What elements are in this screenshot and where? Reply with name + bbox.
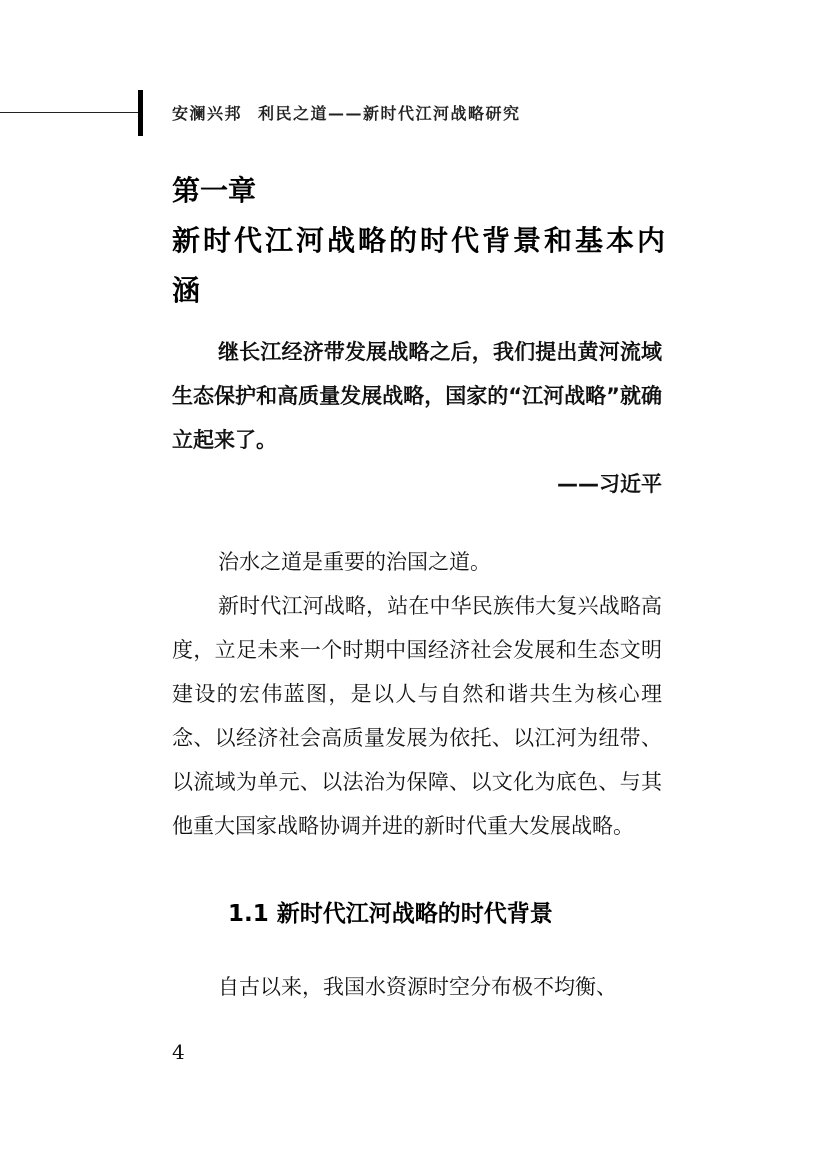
body-text: 治水之道是重要的治国之道。 新时代江河战略，站在中华民族伟大复兴战略高度，立足未… [172, 540, 662, 848]
epigraph: 继长江经济带发展战略之后，我们提出黄河流域生态保护和高质量发展战略，国家的“江河… [172, 330, 662, 506]
paragraph: 自古以来，我国水资源时空分布极不均衡、 [172, 965, 662, 1009]
header-rule-bar [138, 90, 143, 136]
section-heading: 1.1 新时代江河战略的时代背景 [228, 895, 553, 928]
section-body: 自古以来，我国水资源时空分布极不均衡、 [172, 965, 662, 1009]
page-number: 4 [172, 1040, 185, 1064]
chapter-title: 新时代江河战略的时代背景和基本内涵 [172, 216, 672, 316]
paragraph: 新时代江河战略，站在中华民族伟大复兴战略高度，立足未来一个时期中国经济社会发展和… [172, 584, 662, 848]
chapter-label: 第一章 [172, 166, 672, 216]
running-head: 安澜兴邦利民之道——新时代江河战略研究 [172, 101, 521, 124]
chapter-heading: 第一章 新时代江河战略的时代背景和基本内涵 [172, 166, 672, 316]
paragraph: 治水之道是重要的治国之道。 [172, 540, 662, 584]
running-head-part2: 利民之道——新时代江河战略研究 [258, 104, 521, 123]
header-rule-line [0, 112, 140, 113]
epigraph-attribution: ——习近平 [172, 462, 662, 506]
epigraph-text: 继长江经济带发展战略之后，我们提出黄河流域生态保护和高质量发展战略，国家的“江河… [172, 330, 662, 462]
running-head-part1: 安澜兴邦 [172, 104, 242, 123]
